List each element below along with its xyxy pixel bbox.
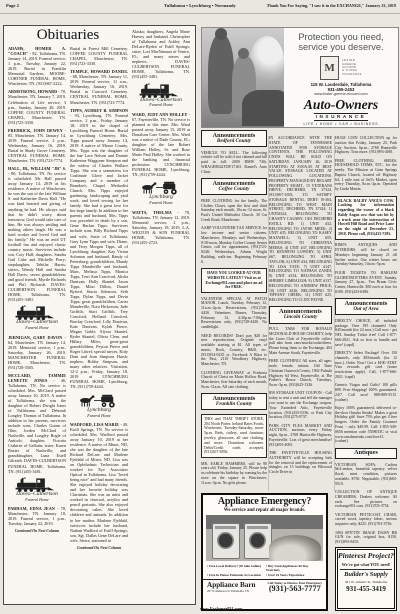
section-header-subtitle: Franklin County xyxy=(202,402,266,408)
obituary-entry: TIPPS, AUDREY B. SIMPSON - 93, Lynchburg… xyxy=(70,108,128,390)
continued-on-next-column-note: Continued On Next Column xyxy=(8,529,66,534)
classified-ad: Enjoy 100% guaranteed, delivered to-the-… xyxy=(335,406,397,444)
agency-website: www.lester-greene-mccord.com xyxy=(314,92,367,96)
funeral-home-logo-text: Funeral Home xyxy=(8,326,66,330)
dryer-image xyxy=(212,523,240,559)
appliance-store-block: Appliance Barn 207 N Anderson St Tullaho… xyxy=(207,582,256,593)
obituaries-column-1: ADAMS, HOMER A. "COACH" - 82, Tullahoma,… xyxy=(8,26,66,605)
pinterest-ad-subhead: We've got what YOU need! xyxy=(340,562,392,570)
obituaries-column-2: Burial in Forest Mill Cemetery. COFFEE C… xyxy=(70,26,128,605)
obituary-entry: WATTS, THELMA - 78, Tullahoma, TN. Janua… xyxy=(132,210,190,245)
section-header-antiques: Antiques xyxy=(335,448,397,460)
train-engine-icon xyxy=(15,305,59,320)
washer-panel xyxy=(247,526,268,529)
train-engine-icon xyxy=(15,477,59,492)
photo-child-head xyxy=(238,48,249,59)
appliance-barn-ad: Appliance Emergency? We service and repa… xyxy=(201,493,328,611)
appliance-bullet: • Free In House Estimates At Location xyxy=(207,573,263,577)
classified-ad: PULL TABS FOR RONALD MCDONALD HOUSE CHAR… xyxy=(269,327,332,356)
agency-crest-monogram: M xyxy=(320,56,339,80)
appliance-ad-subhead: We service and repair all major brands. xyxy=(203,508,326,513)
obituary-text: - 78, Tullahoma, TN. January 12, 2019. M… xyxy=(132,210,190,245)
photo-father-figure xyxy=(208,34,234,114)
newspaper-page: { "header": { "page": "Page 2", "region"… xyxy=(0,0,400,614)
daves-funeral-home-logo: Daves~CulbertsonFuneral Home xyxy=(8,477,66,502)
obituary-entry: JERNIGAN, GARY DAVON - 64, Manchester, T… xyxy=(8,335,66,370)
obituary-text: - 93, Lynchburg, TN. Funeral service, 2 … xyxy=(70,113,128,390)
lynchburg-funeral-home-logo: LynchburgFuneral Home xyxy=(70,393,128,418)
agency-name-stack: LESTER GREENE McCORD & THOMA INSURANCE xyxy=(342,59,362,76)
classified-ad: DIRECTV CHOICE, all included package. Ov… xyxy=(335,319,397,348)
daves-funeral-home-logo: Daves~CulbertsonFuneral Home xyxy=(132,83,190,108)
obituaries-column-3: Alaska; daughters, Angela Marie Harvey a… xyxy=(132,26,190,601)
classified-ad: MR. EARLE HAMMERS, will be 90 years old,… xyxy=(201,462,267,486)
continued-on-next-column-note: Continued On Next Column xyxy=(70,546,128,551)
lynchburg-funeral-home-logo: LynchburgFuneral Home xyxy=(132,180,190,205)
funeral-home-logo-text: Funeral Home xyxy=(132,103,190,107)
obituary-entry: ARMSTRONG, HOWARD - 70, Manchester, TN. … xyxy=(8,89,66,124)
obituary-text: - 85, Manchester, TN. January 14, 2019. … xyxy=(8,128,66,163)
agency-logo: M LESTER GREENE McCORD & THOMA INSURANCE xyxy=(320,56,362,80)
classified-ad: FREE CLOTHING! All sizes, all ages: male… xyxy=(269,359,332,388)
builders-supply-name: Builder's Supply xyxy=(336,572,396,578)
insurance-ad: Protection you need, service you deserve… xyxy=(201,27,399,128)
funeral-home-logo-text: Funeral Home xyxy=(132,201,190,205)
announcements-column-lincoln: IN ACCORDANCE WITH THE STATE OF TENNESSE… xyxy=(269,136,332,491)
pinterest-ad-headline: Pinterest Project? xyxy=(336,552,396,560)
train-engine-icon xyxy=(139,83,183,98)
appliance-bullet: • Over 16 Years Experience xyxy=(266,573,322,577)
masthead-slogan: Thank You For Saying, "I saw it in the E… xyxy=(267,3,396,8)
classified-ad: FREE CLOTHING for the family. The Clothe… xyxy=(201,199,267,223)
boxed-classified-ad: BLACK BALDY ANGUS COW. Looking for infor… xyxy=(335,196,397,240)
obituary-text: - 88, Manchester, TN. January 11, 2019. … xyxy=(70,74,128,104)
header-rule xyxy=(0,13,400,14)
classified-ad: Generic Viagra and Cialis! 100 pills $99… xyxy=(335,383,397,402)
appliance-phone: (931)-563-7777 xyxy=(268,585,323,593)
appliance-store-name: Appliance Barn xyxy=(207,582,256,589)
classified-ad: VICTORIAN PETTICOAT CHAIR, carved wood, … xyxy=(335,513,397,527)
funeral-home-logo-text: Funeral Home xyxy=(70,414,128,418)
insurance-ad-copy: Protection you need, service you deserve… xyxy=(284,28,398,127)
classified-ad: THE FAYETTEVILLE HOUSING AUTHORITY will … xyxy=(269,451,332,475)
announcements-column-bedford-coffee-franklin: AnnouncementsBedford CountyVEHICLE TO SE… xyxy=(201,128,267,491)
obituary-text: - 49, Estill Springs, TN. No service is … xyxy=(70,422,128,543)
section-header-coffee-county: AnnouncementsCoffee County xyxy=(201,178,267,195)
appliance-bullet: • Free Local Delivery! (20 mile radius) xyxy=(207,564,263,572)
horse-carriage-icon xyxy=(139,180,183,195)
section-header-subtitle: Bedford County xyxy=(202,139,266,145)
classified-ad: FOUR TICKETS TO HARLEM GLOBETROTTERS EVE… xyxy=(335,271,397,295)
classified-ad: AARP VOLUNTEER TAX SERVICE for low incom… xyxy=(201,226,267,264)
carwash-photo xyxy=(202,28,284,127)
classified-ad: $50 STORAGE UNIT COUPON - Call today to … xyxy=(269,391,332,420)
obituary-text: - 86, Tullahoma, TN. No service is sched… xyxy=(8,171,66,302)
obituary-entry: WARD, JUDY ANN HOLLEY - 67, Fayetteville… xyxy=(132,112,190,177)
obituary-text: - 82, Tullahoma, TN. January 14, 2019. F… xyxy=(8,51,66,86)
photo-father-head xyxy=(215,28,227,40)
agency-name-line: INSURANCE xyxy=(342,73,362,76)
obituary-entry: TEMPLE, HOWARD DANIEL - 88, Manchester, … xyxy=(70,69,128,104)
dryer-panel xyxy=(215,526,236,529)
section-header-subtitle: Out of Area xyxy=(336,307,396,313)
builders-supply-address: 301 W. Atlantic St. Tullahoma xyxy=(336,580,396,584)
section-header-subtitle: Coffee County xyxy=(202,187,266,193)
obituary-text: - 70, Manchester, TN. January 7, 2019. C… xyxy=(8,89,66,124)
obituary-text: - 46, Tullahoma, TN. No service is sched… xyxy=(8,378,66,474)
section-header-lincoln-county: AnnouncementsLincoln County xyxy=(269,306,332,323)
section-header-bedford-county: AnnouncementsBedford County xyxy=(201,130,267,147)
classified-ad: VICTORIAN SOFA, Carlton McLendon, beauti… xyxy=(335,463,397,487)
auto-owners-insurance-label: INSURANCE xyxy=(314,113,369,121)
classified-ad: RIMI'S ANTIQUES AND INTERIORS, will be c… xyxy=(335,243,397,267)
obituary-continuation-text: Alaska; daughters, Angela Marie Harvey a… xyxy=(132,29,190,79)
classified-ad: DIRECTV Select Package! Over 150 channel… xyxy=(335,351,397,380)
obituary-entry: MCCLARD, TAMMIE LENETTE JONES - 46, Tull… xyxy=(8,373,66,474)
builders-supply-phone: 931-455-3419 xyxy=(336,585,396,593)
exchange-website-footer: www.Exchange931.com xyxy=(200,606,242,611)
obituary-text: - 67, Fayetteville, TN. No service is pl… xyxy=(132,112,190,177)
insurance-tagline: LIFE • HOME • CAR • BUSINESS xyxy=(304,122,379,126)
classified-ad: VEHICLE TO SELL. The following vehicle w… xyxy=(201,151,267,175)
section-header-out-of-area: AnnouncementsOut of Area xyxy=(335,298,397,315)
classified-ad: PARK CITY FLEA MARKET AND AUCTION, aucti… xyxy=(269,424,332,448)
classified-ad: COLLECTION OF ANTIQUE CREAMERS. Dealers … xyxy=(335,490,397,509)
dryer-door xyxy=(217,532,234,549)
obituary-entry: FREDRICK, JOHN DEWEY - 85, Manchester, T… xyxy=(8,128,66,163)
obituary-entry: PARHAM, EDNA JEAN - 78, Manchester, TN. … xyxy=(8,506,66,526)
obituaries-section: Obituaries ADAMS, HOMER A. "COACH" - 82,… xyxy=(3,25,196,605)
washer-door xyxy=(249,532,266,549)
section-header-title: Antiques xyxy=(336,450,396,457)
photo-car xyxy=(242,90,284,126)
obituary-text: - 64, Manchester, TN. January 14, 2019. … xyxy=(8,335,66,370)
section-header-subtitle: Lincoln County xyxy=(270,315,331,321)
appliance-ad-headline: Appliance Emergency? xyxy=(203,497,326,507)
classified-ad: 1894 SPITTIN' IMAGE DAISY BB GUN for sal… xyxy=(335,531,397,545)
clothes-pile-image xyxy=(269,535,321,561)
appliance-bullet: • Buy Used Appliances 60 Day Warranty xyxy=(266,564,322,572)
daves-funeral-home-logo: Daves~CulbertsonFuneral Home xyxy=(8,305,66,330)
section-header-franklin-county: AnnouncementsFranklin County xyxy=(201,393,267,410)
obituary-continuation-text: Burial in Forest Mill Cemetery. COFFEE C… xyxy=(70,46,128,66)
classified-ad: IN ACCORDANCE WITH THE STATE OF TENNESSE… xyxy=(269,136,332,303)
obituary-entry: HALL, JR., WILLIAM "JR" S. - 86, Tullaho… xyxy=(8,166,66,302)
masthead-region: Tullahoma • Lynchburg • Normandy xyxy=(164,3,236,8)
classified-ad: VALENTINE SPECIAL AT PATCH MANOR. Lunch,… xyxy=(201,297,267,330)
builders-supply-ad: Pinterest Project? We've got what YOU ne… xyxy=(335,547,397,611)
auto-owners-logo: Auto-Owners xyxy=(304,98,378,112)
announcements-column-outofarea-antiques: HUGE COIN COLLECTION up for auction this… xyxy=(335,136,397,545)
appliance-photo xyxy=(206,515,323,561)
page-number: Page 2 xyxy=(6,3,19,8)
appliance-ad-footer: Appliance Barn 207 N Anderson St Tullaho… xyxy=(203,579,326,595)
appliance-call-block: Call Today to Discuss Your Emergency (93… xyxy=(268,581,323,593)
appliance-ad-bullets: • Free Local Delivery! (20 mile radius) … xyxy=(203,563,326,578)
obituary-entry: ADAMS, HOMER A. "COACH" - 82, Tullahoma,… xyxy=(8,46,66,86)
classified-ad: CLOTHING GIVEAWAY at Fredonia Church of … xyxy=(201,371,267,390)
obituary-entry: WADFORD, LISA MARIE - 49, Estill Springs… xyxy=(70,422,128,543)
horse-carriage-icon xyxy=(77,393,121,408)
classified-ad: NEED RECORDS? Don't pay $20 for new repr… xyxy=(201,334,267,367)
classified-ad: FREE CLOTHING, SHOES, HOUSEHOLD ITEMS, E… xyxy=(335,159,397,192)
classified-ad: HUGE COIN COLLECTION up for auction this… xyxy=(335,136,397,155)
funeral-home-logo-text: Funeral Home xyxy=(8,498,66,502)
insurance-headline-line2: service you deserve. xyxy=(298,42,383,52)
washer-image xyxy=(244,523,272,559)
insurance-headline-line1: Protection you need, xyxy=(298,32,383,42)
appliance-store-address: 207 N Anderson St Tullahoma, TN xyxy=(207,589,256,593)
obituaries-columns: ADAMS, HOMER A. "COACH" - 82, Tullahoma,… xyxy=(8,26,190,605)
boxed-classified-ad: HAVE YOU LOOKED AT OUR WEBSITE LATELY? V… xyxy=(201,268,267,293)
boxed-classified-ad: THIS and THAT THRIFT STORE, 204 North Po… xyxy=(201,414,267,458)
